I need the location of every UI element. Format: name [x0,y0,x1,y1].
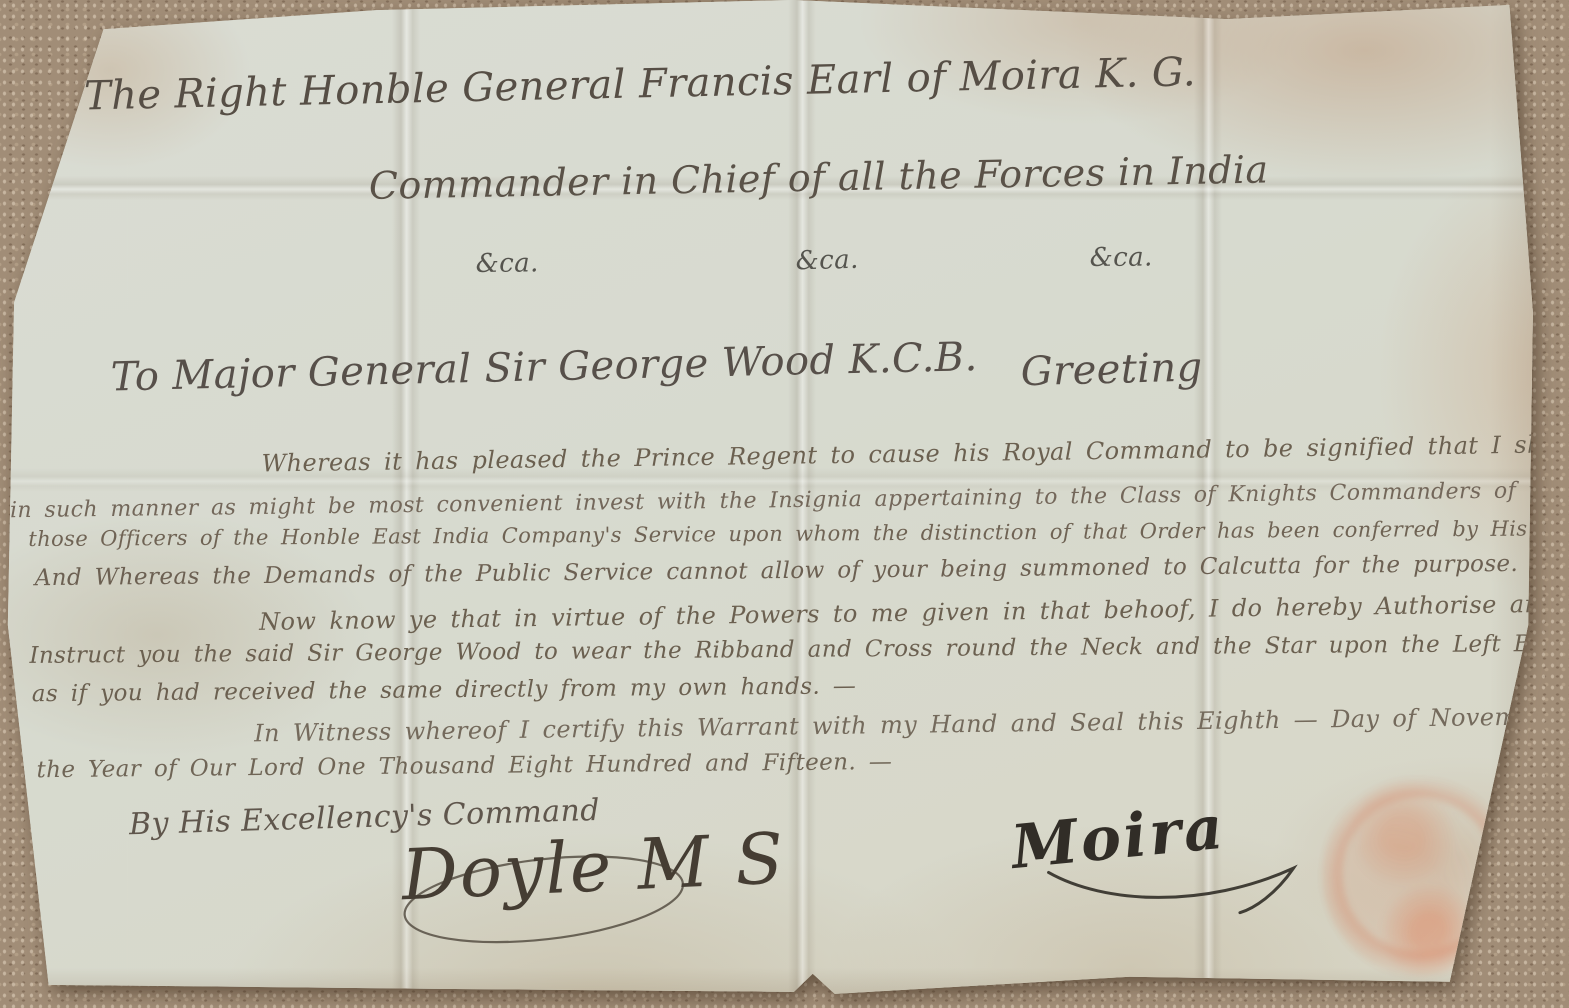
body-line: Now know ye that in virtue of the Powers… [259,590,1556,636]
body-line: those Officers of the Honble East India … [28,515,1569,551]
paper-shadow-wrap: The Right Honble General Francis Earl of… [0,0,1569,1008]
heading-line-2: Commander in Chief of all the Forces in … [369,147,1269,207]
secretary-signature: Doyle M S [400,817,787,916]
body-line: the Year of Our Lord One Thousand Eight … [36,749,892,783]
body-line: Whereas it has pleased the Prince Regent… [261,430,1569,478]
warrant-document-paper: The Right Honble General Francis Earl of… [0,0,1569,1008]
heading-line-1: The Right Honble General Francis Earl of… [84,49,1197,119]
body-line: In Witness whereof I certify this Warran… [254,702,1560,747]
handwritten-content: The Right Honble General Francis Earl of… [0,0,1569,1008]
etcetera-mark: &ca. [1090,242,1153,273]
body-line: Instruct you the said Sir George Wood to… [29,631,1569,669]
etcetera-mark: &ca. [476,248,539,279]
photograph-background-carpet: The Right Honble General Francis Earl of… [0,0,1569,1008]
salutation-greeting: Greeting [1020,344,1203,395]
body-line: in such manner as might be most convenie… [10,477,1569,523]
red-wax-seal-impression [1321,771,1518,978]
salutation-addressee: To Major General Sir George Wood K.C.B. [110,334,978,400]
etcetera-mark: &ca. [795,245,859,277]
body-line: And Whereas the Demands of the Public Se… [35,551,1555,592]
body-line: as if you had received the same directly… [32,673,857,707]
principal-signature-moira: Moira [1008,793,1228,883]
